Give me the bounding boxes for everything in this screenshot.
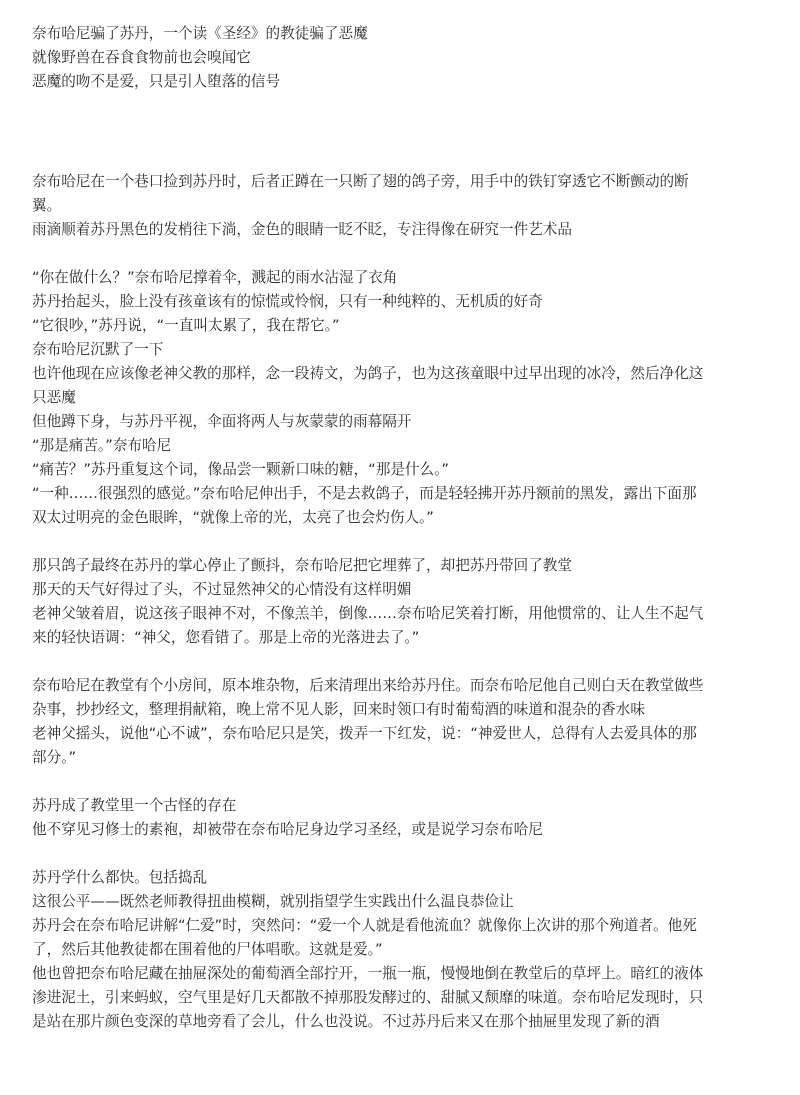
- text-line: 来的轻快语调：“神父，您看错了。那是上帝的光落进去了。”: [32, 626, 756, 650]
- text-line: 他不穿见习修士的素袍，却被带在奈布哈尼身边学习圣经，或是说学习奈布哈尼: [32, 818, 756, 842]
- text-line: 是站在那片颜色变深的草地旁看了会儿，什么也没说。不过苏丹后来又在那个抽屉里发现了…: [32, 1010, 756, 1034]
- paragraph-spacer: [32, 530, 756, 554]
- text-line: 就像野兽在吞食食物前也会嗅闻它: [32, 46, 756, 70]
- text-line: 双太过明亮的金色眼眸，“就像上帝的光，太亮了也会灼伤人。”: [32, 506, 756, 530]
- text-line: 苏丹会在奈布哈尼讲解“仁爱”时，突然问：“爱一个人就是看他流血？就像你上次讲的那…: [32, 914, 756, 938]
- paragraph-spacer: [32, 650, 756, 674]
- text-line: 奈布哈尼在教堂有个小房间，原本堆杂物，后来清理出来给苏丹住。而奈布哈尼他自己则白…: [32, 674, 756, 698]
- text-line: “痛苦？”苏丹重复这个词，像品尝一颗新口味的糖，“那是什么。”: [32, 458, 756, 482]
- text-line: 那只鸽子最终在苏丹的掌心停止了颤抖，奈布哈尼把它埋葬了，却把苏丹带回了教堂: [32, 554, 756, 578]
- text-line: 老神父摇头，说他“心不诚”，奈布哈尼只是笑，拨弄一下红发，说：“神爱世人，总得有…: [32, 722, 756, 746]
- paragraph-spacer: [32, 94, 756, 170]
- text-line: 只恶魔: [32, 386, 756, 410]
- paragraph-5: 苏丹成了教堂里一个古怪的存在 他不穿见习修士的素袍，却被带在奈布哈尼身边学习圣经…: [32, 794, 756, 842]
- text-line: 部分。”: [32, 746, 756, 770]
- text-line: 恶魔的吻不是爱，只是引人堕落的信号: [32, 70, 756, 94]
- paragraph-spacer: [32, 770, 756, 794]
- text-line: 奈布哈尼沉默了一下: [32, 338, 756, 362]
- text-line: “一种……很强烈的感觉。”奈布哈尼伸出手，不是去救鸽子，而是轻轻拂开苏丹额前的黑…: [32, 482, 756, 506]
- text-line: 苏丹成了教堂里一个古怪的存在: [32, 794, 756, 818]
- text-line: 那天的天气好得过了头，不过显然神父的心情没有这样明媚: [32, 578, 756, 602]
- intro-paragraph: 奈布哈尼骗了苏丹，一个读《圣经》的教徒骗了恶魔 就像野兽在吞食食物前也会嗅闻它 …: [32, 22, 756, 94]
- text-line: 奈布哈尼在一个巷口捡到苏丹时，后者正蹲在一只断了翅的鸽子旁，用手中的铁钉穿透它不…: [32, 170, 756, 194]
- text-line: “你在做什么？”奈布哈尼撑着伞，溅起的雨水沾湿了衣角: [32, 266, 756, 290]
- paragraph-4: 奈布哈尼在教堂有个小房间，原本堆杂物，后来清理出来给苏丹住。而奈布哈尼他自己则白…: [32, 674, 756, 770]
- text-line: 但他蹲下身，与苏丹平视，伞面将两人与灰蒙蒙的雨幕隔开: [32, 410, 756, 434]
- text-line: 雨滴顺着苏丹黑色的发梢往下淌，金色的眼睛一眨不眨，专注得像在研究一件艺术品: [32, 218, 756, 242]
- text-line: 翼。: [32, 194, 756, 218]
- text-line: “它很吵，”苏丹说，“一直叫太累了，我在帮它。”: [32, 314, 756, 338]
- paragraph-1: 奈布哈尼在一个巷口捡到苏丹时，后者正蹲在一只断了翅的鸽子旁，用手中的铁钉穿透它不…: [32, 170, 756, 242]
- text-line: 杂事，抄抄经文，整理捐献箱，晚上常不见人影，回来时领口有时葡萄酒的味道和混杂的香…: [32, 698, 756, 722]
- text-line: 奈布哈尼骗了苏丹，一个读《圣经》的教徒骗了恶魔: [32, 22, 756, 46]
- paragraph-6: 苏丹学什么都快。包括捣乱 这很公平——既然老师教得扭曲模糊，就别指望学生实践出什…: [32, 866, 756, 1034]
- paragraph-spacer: [32, 242, 756, 266]
- text-line: 苏丹抬起头，脸上没有孩童该有的惊慌或怜悯，只有一种纯粹的、无机质的好奇: [32, 290, 756, 314]
- paragraph-2: “你在做什么？”奈布哈尼撑着伞，溅起的雨水沾湿了衣角 苏丹抬起头，脸上没有孩童该…: [32, 266, 756, 530]
- paragraph-spacer: [32, 842, 756, 866]
- text-line: 也许他现在应该像老神父教的那样，念一段祷文，为鸽子，也为这孩童眼中过早出现的冰冷…: [32, 362, 756, 386]
- text-line: 渗进泥土，引来蚂蚁，空气里是好几天都散不掉那股发酵过的、甜腻又颓靡的味道。奈布哈…: [32, 986, 756, 1010]
- text-line: 他也曾把奈布哈尼藏在抽屉深处的葡萄酒全部拧开，一瓶一瓶，慢慢地倒在教堂后的草坪上…: [32, 962, 756, 986]
- document-body: 奈布哈尼骗了苏丹，一个读《圣经》的教徒骗了恶魔 就像野兽在吞食食物前也会嗅闻它 …: [32, 22, 756, 1034]
- paragraph-3: 那只鸽子最终在苏丹的掌心停止了颤抖，奈布哈尼把它埋葬了，却把苏丹带回了教堂 那天…: [32, 554, 756, 650]
- text-line: 这很公平——既然老师教得扭曲模糊，就别指望学生实践出什么温良恭俭让: [32, 890, 756, 914]
- text-line: “那是痛苦。”奈布哈尼: [32, 434, 756, 458]
- text-line: 老神父皱着眉，说这孩子眼神不对，不像羔羊，倒像……奈布哈尼笑着打断，用他惯常的、…: [32, 602, 756, 626]
- text-line: 了，然后其他教徒都在围着他的尸体唱歌。这就是爱。”: [32, 938, 756, 962]
- text-line: 苏丹学什么都快。包括捣乱: [32, 866, 756, 890]
